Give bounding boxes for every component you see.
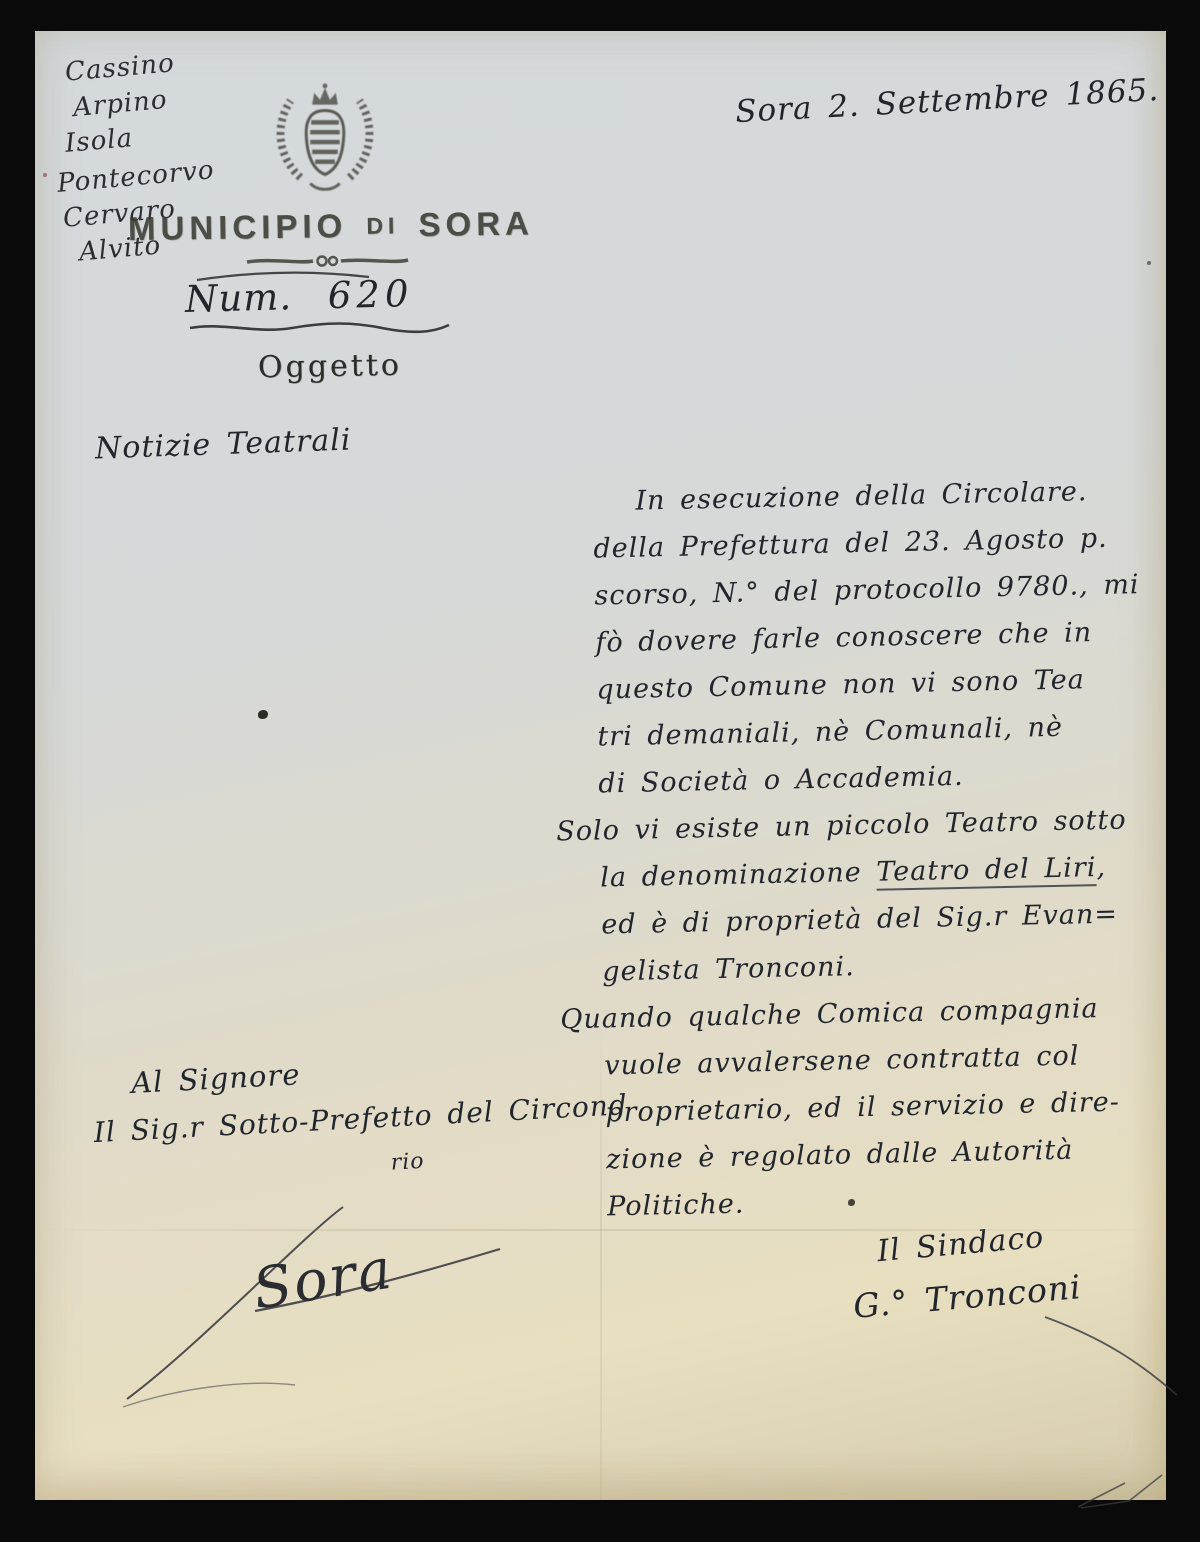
signature-tail-stroke (895, 1311, 1185, 1401)
stamp-word-municipio: MUNICIPIO (128, 207, 348, 247)
letter-page: CassinoArpinoIsolaPontecorvoCervaroAlvit… (35, 31, 1166, 1500)
letter-body-line: gelista Tronconi. (557, 947, 1172, 988)
flourish-signature: Sora (115, 1199, 515, 1414)
protocol-number-line: Num. 620 (184, 272, 414, 321)
letter-body-line: la denominazione Teatro del Liri, (555, 853, 1170, 894)
fold-crease-vertical (600, 1021, 602, 1500)
town-list-item: Arpino (72, 85, 169, 123)
letter-body-line: della Prefettura del 23. Agosto p. (548, 524, 1163, 565)
protocol-number-label: Num. (184, 275, 292, 321)
letter-body-line: vuole avvalersene contratta col (559, 1041, 1174, 1082)
town-list-item: Pontecorvo (56, 155, 216, 199)
letter-body-line: Solo vi esiste un piccolo Teatro sotto (554, 806, 1169, 847)
municipio-stamp: MUNICIPIO DI SORA (128, 204, 568, 248)
letter-body-line: questo Comune non vi sono Tea (551, 665, 1166, 706)
letter-body-line: Quando qualche Comica compagnia (558, 994, 1173, 1035)
recipient-salutation: Al Signore (130, 1057, 301, 1100)
letter-body-line: tri demaniali, nè Comunali, nè (552, 712, 1167, 753)
letter-body-line: di Società o Accademia. (553, 759, 1168, 800)
subject-label: Oggetto (258, 348, 403, 386)
protocol-number-value: 620 (327, 272, 414, 317)
ink-spot (43, 173, 47, 177)
dateline: Sora 2. Settembre 1865. (734, 72, 1160, 130)
town-list-item: Cassino (64, 48, 176, 87)
letter-body-line: In esecuzione della Circolare. (547, 477, 1162, 518)
letter-body-line: proprietario, ed il servizio e dire- (560, 1088, 1175, 1129)
ink-spot (1147, 261, 1151, 265)
letter-body-line: zione è regolato dalle Autorità (561, 1134, 1176, 1175)
letter-body-line: fò dovere farle conoscere che in (550, 618, 1165, 659)
corner-pen-mark (1073, 1469, 1165, 1513)
municipal-crest-icon (260, 81, 390, 209)
letter-body-line: Politiche. (562, 1181, 1177, 1222)
ink-spot (258, 710, 268, 719)
letter-body: In esecuzione della Circolare.della Pref… (547, 477, 1178, 1242)
letter-body-line: scorso, N.° del protocollo 9780., mi (549, 571, 1164, 612)
subject-text: Notizie Teatrali (94, 423, 352, 467)
stamp-word-sora: SORA (418, 204, 534, 243)
letter-body-line: ed è di proprietà del Sig.r Evan= (556, 900, 1171, 941)
ink-spot (848, 1199, 855, 1206)
recipient-title-abbreviation: rio (390, 1149, 425, 1176)
stamp-word-di: DI (366, 212, 399, 238)
scan-black-frame: { "colors": { "frame": "#0a0a0a", "paper… (0, 0, 1200, 1542)
town-list-item: Isola (64, 123, 134, 159)
wavy-underline (187, 319, 452, 337)
